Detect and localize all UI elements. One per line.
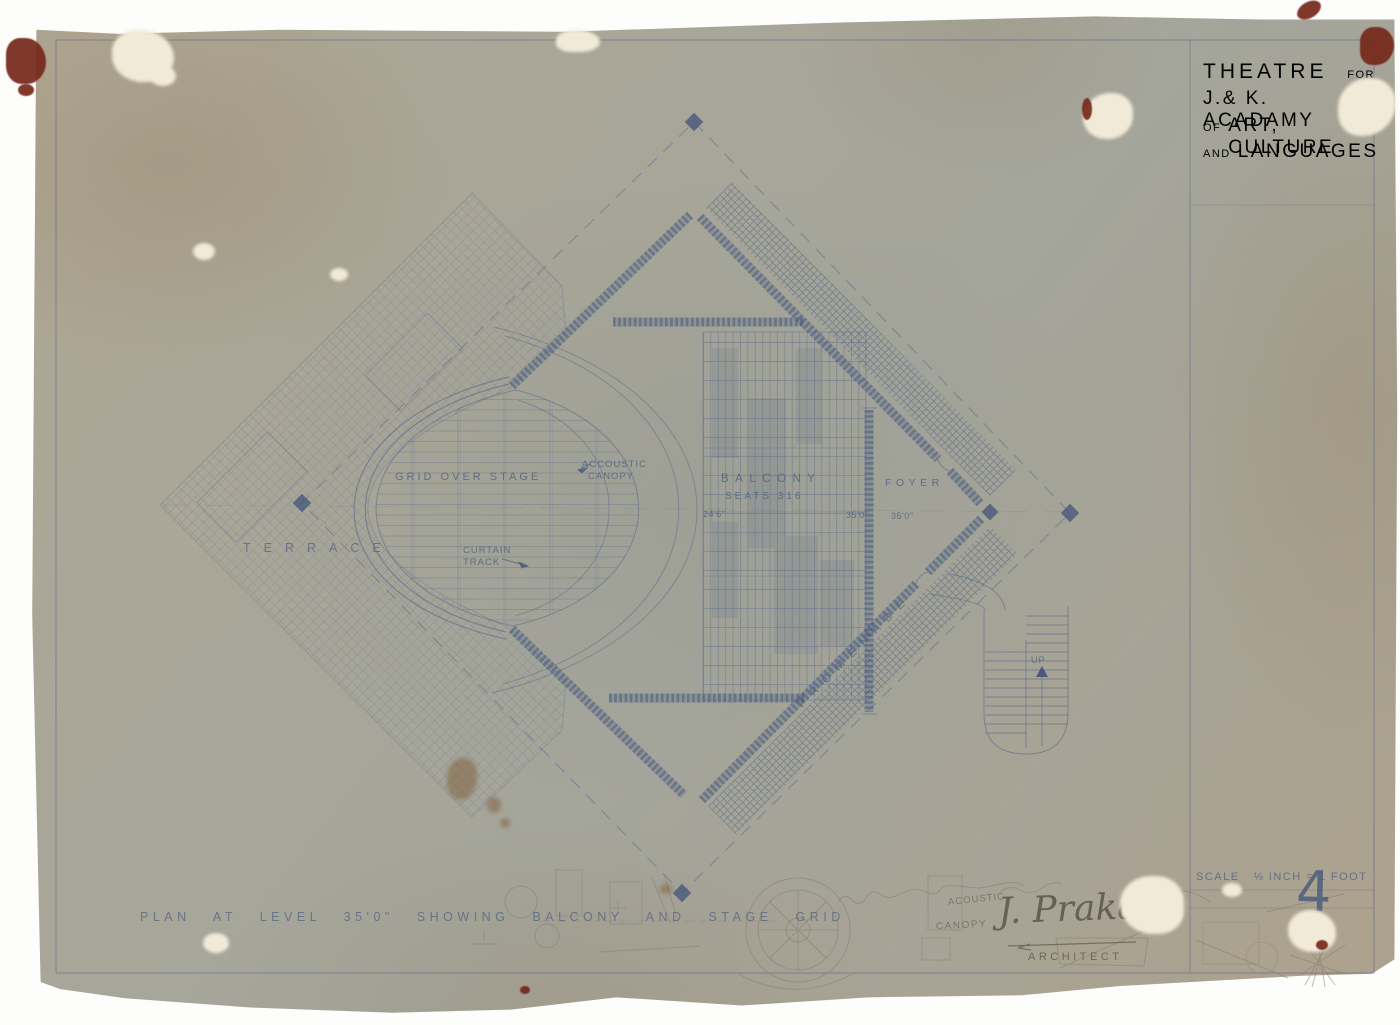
title-block-row4: AND LANGUAGES [1203,141,1375,163]
stair-up-label: UP [1031,655,1046,665]
paper-tear [150,66,176,86]
paper-tear [1288,910,1336,952]
pencil-sketches [472,870,1345,989]
balcony-label: BALCONY [721,473,821,485]
up-arrow-icon [1036,666,1048,677]
dim-balcony-width: 24'6" [703,509,725,519]
paper-tear [330,268,348,281]
curtain-track-label-line2: TRACK [463,557,500,568]
red-stain [1316,940,1328,950]
sheet-title: PLAN AT LEVEL 35'0" SHOWING BALCONY AND … [140,910,845,924]
red-stain [18,84,34,96]
title-word-and: AND [1203,148,1231,160]
paper-tear [1120,876,1184,934]
paper-tear [203,933,229,953]
drawing-sheet-photo: THEATRE FOR J.& K. ACADAMY OF ART, CULTU… [0,0,1400,1025]
acoustic-canopy-label: ACCOUSTIC [582,459,647,470]
dim-balcony-depth: 35'0" [846,510,868,520]
title-block-row1: THEATRE FOR [1203,60,1375,84]
grid-over-stage-label: GRID OVER STAGE [395,471,541,483]
red-stain [6,38,46,84]
paper-tear [556,30,600,52]
brown-stain [660,884,672,894]
title-word-of: OF [1203,122,1221,134]
client-name-line3: LANGUAGES [1238,141,1379,163]
paper-tear [193,243,215,260]
scale-label: SCALE [1196,871,1240,883]
curtain-track-label: CURTAIN [463,545,511,556]
brown-stain [500,818,510,828]
architect-label: ARCHITECT [1028,951,1122,963]
dim-foyer: 35'0" [891,511,913,521]
red-stain [1082,98,1092,120]
terrace-label: TERRACE [243,541,394,555]
red-stain [520,986,530,994]
plan-drawing [0,0,1400,1025]
acoustic-canopy-label-line2: CANOPY [588,471,634,482]
foyer-label: FOYER [885,477,944,489]
balcony-seating [703,332,866,700]
balcony-seats-label: SEATS 316 [725,491,804,502]
paper-tear [1222,883,1242,897]
scale-note: SCALE⅛ INCH = 1 FOOT [1196,871,1367,883]
project-title: THEATRE [1203,60,1327,84]
brown-stain [487,797,501,813]
